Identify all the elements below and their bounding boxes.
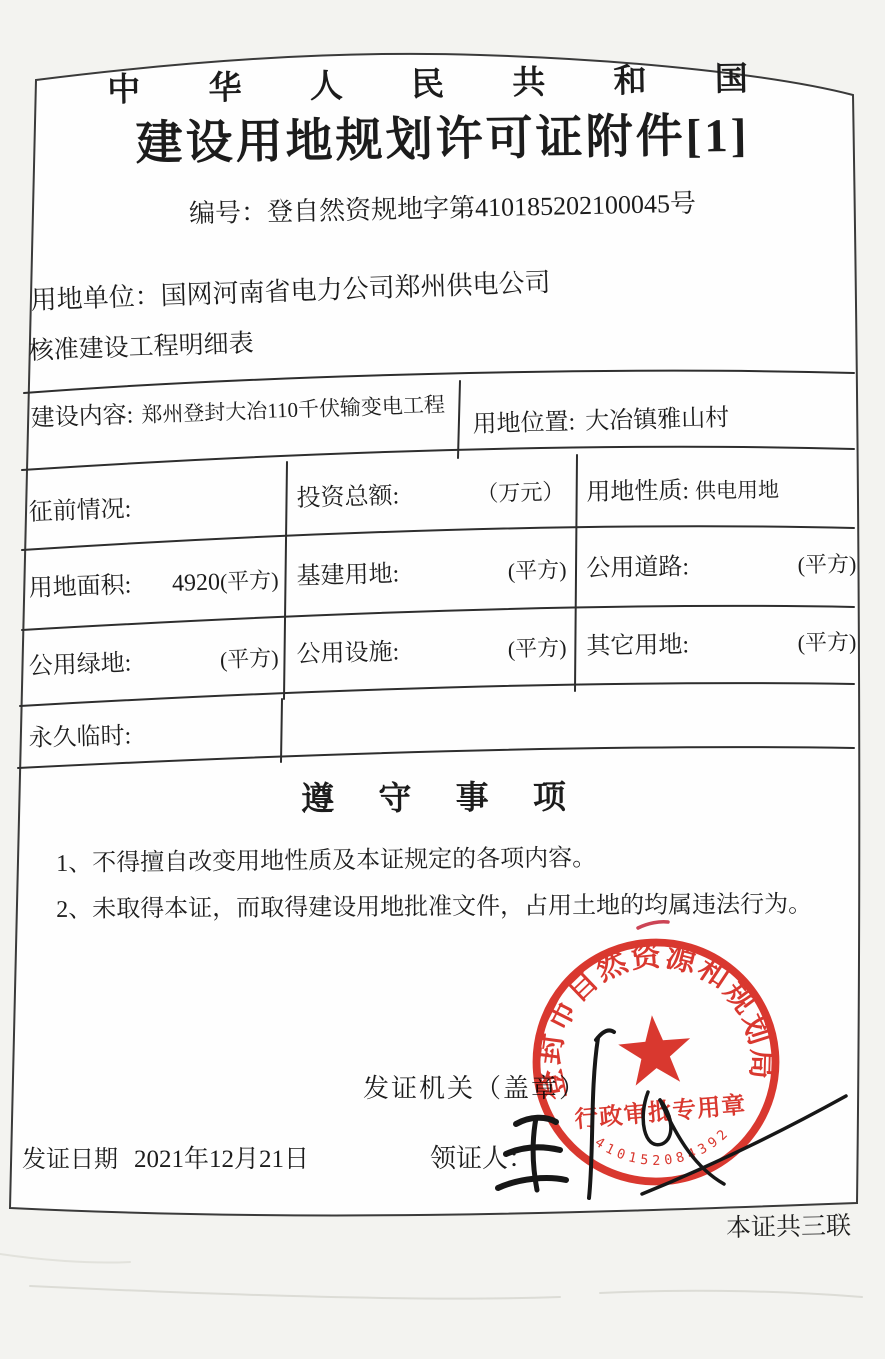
cell-public-facilities: 公用设施: (平方) bbox=[296, 627, 567, 669]
land-location-value: 大冶镇雅山村 bbox=[585, 397, 730, 436]
compliance-item-1: 1、不得擅自改变用地性质及本证规定的各项内容。 bbox=[56, 837, 596, 878]
cell-total-investment: 投资总额: （万元） bbox=[296, 471, 565, 513]
land-area-value-group: 4920(平方) bbox=[171, 563, 279, 598]
cell-land-nature: 用地性质: 供电用地 bbox=[586, 467, 847, 507]
public-road-unit: (平方) bbox=[797, 547, 856, 579]
infrastructure-land-label: 基建用地: bbox=[296, 553, 400, 591]
public-green-unit: (平方) bbox=[219, 641, 279, 674]
other-land-label: 其它用地: bbox=[586, 624, 689, 661]
scanned-permit-document: 中 华 人 民 共 和 国 建设用地规划许可证附件[1] 编号：登自然资规地字第… bbox=[0, 0, 885, 1359]
land-area-unit: (平方) bbox=[220, 567, 279, 594]
serial-label: 编号： bbox=[189, 198, 268, 229]
document-title: 建设用地规划许可证附件[1] bbox=[0, 96, 885, 175]
pre-acquisition-label: 征前情况: bbox=[28, 488, 132, 527]
land-nature-value: 供电用地 bbox=[695, 474, 780, 505]
permanent-temporary-label: 永久临时: bbox=[28, 715, 132, 753]
land-nature-label: 用地性质: bbox=[586, 470, 689, 507]
official-seal: 登封市自然资源和规划局 行政审批专用章 410152084392 bbox=[511, 917, 801, 1207]
public-facilities-unit: (平方) bbox=[507, 631, 566, 664]
seal-star-icon bbox=[616, 1012, 694, 1087]
recipient-label: 领证人： bbox=[430, 1138, 534, 1175]
public-facilities-label: 公用设施: bbox=[296, 631, 400, 669]
total-investment-label: 投资总额: bbox=[296, 475, 400, 513]
issue-date-line: 发证日期2021年12月21日 bbox=[22, 1139, 309, 1175]
issue-date-label: 发证日期 bbox=[22, 1147, 118, 1173]
land-area-value: 4920 bbox=[172, 569, 221, 597]
compliance-item-2: 2、未取得本证，而取得建设用地批准文件，占用土地的均属违法行为。 bbox=[56, 884, 812, 924]
land-location-label: 用地位置: bbox=[472, 401, 576, 439]
public-green-label: 公用绿地: bbox=[28, 642, 132, 681]
land-area-label: 用地面积: bbox=[28, 564, 132, 603]
cell-other-land: 其它用地: (平方) bbox=[586, 621, 857, 661]
cell-infrastructure-land: 基建用地: (平方) bbox=[296, 549, 567, 591]
compliance-section-title: 遵 守 事 项 bbox=[0, 769, 885, 822]
cell-permanent-temporary: 永久临时: bbox=[28, 715, 132, 753]
construction-content-label: 建设内容: bbox=[30, 394, 134, 433]
other-land-unit: (平方) bbox=[797, 625, 856, 657]
serial-value: 登自然资规地字第410185202100045号 bbox=[267, 189, 697, 227]
infrastructure-land-unit: (平方) bbox=[507, 553, 566, 586]
public-road-label: 公用道路: bbox=[586, 546, 689, 583]
total-investment-unit: （万元） bbox=[476, 475, 565, 508]
cell-pre-acquisition: 征前情况: bbox=[28, 488, 132, 527]
land-user-label: 用地单位： bbox=[30, 281, 161, 315]
issue-date-value: 2021年12月21日 bbox=[134, 1146, 309, 1173]
cell-public-road: 公用道路: (平方) bbox=[586, 543, 857, 583]
copies-note: 本证共三联 bbox=[726, 1206, 852, 1244]
